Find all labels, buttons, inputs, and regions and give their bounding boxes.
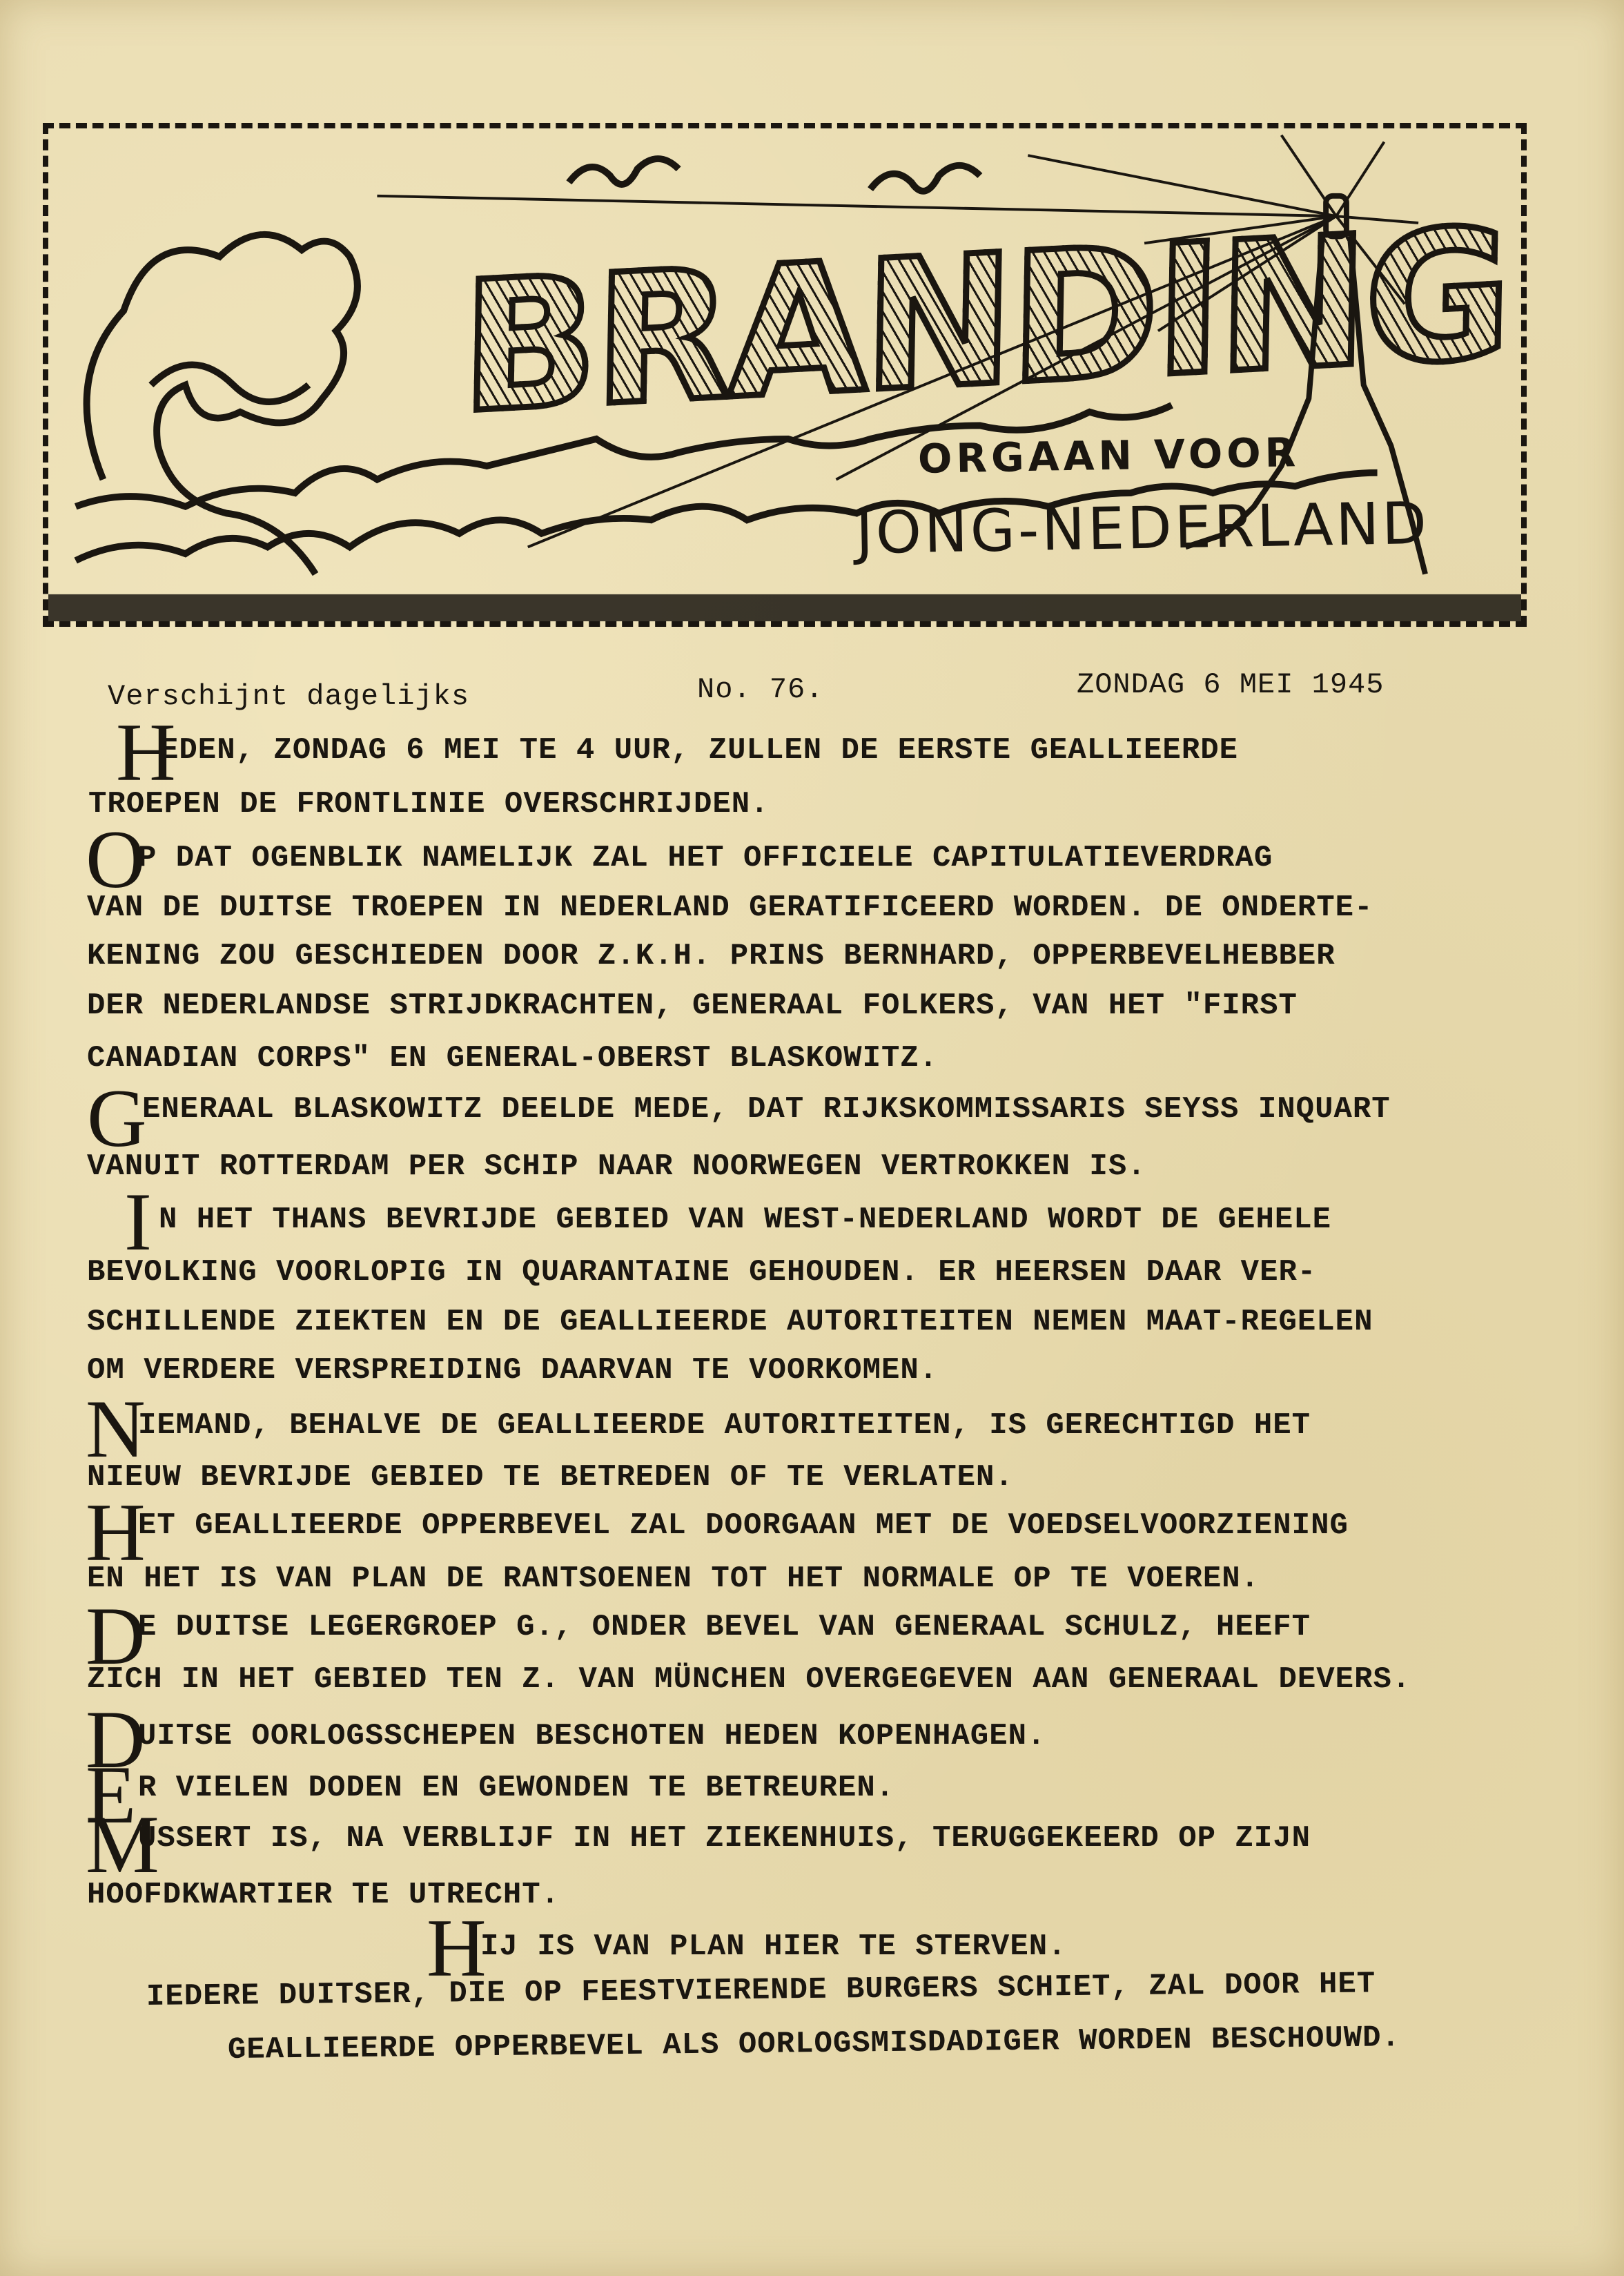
text-line: P DAT OGENBLIK NAMELIJK ZAL HET OFFICIEL… — [138, 841, 1273, 875]
text-line: HOOFDKWARTIER TE UTRECHT. — [87, 1878, 560, 1912]
text-line: UITSE OORLOGSSCHEPEN BESCHOTEN HEDEN KOP… — [138, 1719, 1046, 1753]
text-line: USSERT IS, NA VERBLIJF IN HET ZIEKENHUIS… — [138, 1821, 1311, 1856]
text-line: OM VERDERE VERSPREIDING DAARVAN TE VOORK… — [87, 1353, 938, 1388]
text-line: VAN DE DUITSE TROEPEN IN NEDERLAND GERAT… — [87, 891, 1373, 925]
text-line: CANADIAN CORPS" EN GENERAL-OBERST BLASKO… — [87, 1041, 938, 1076]
seagull-icon — [569, 159, 980, 191]
text-line: NIEUW BEVRIJDE GEBIED TE BETREDEN OF TE … — [87, 1460, 1014, 1495]
closing-line-1: IEDERE DUITSER, DIE OP FEESTVIERENDE BUR… — [146, 1967, 1376, 2014]
text-line: R VIELEN DODEN EN GEWONDEN TE BETREUREN. — [138, 1771, 894, 1805]
text-line: ZICH IN HET GEBIED TEN Z. VAN MÜNCHEN OV… — [87, 1662, 1411, 1697]
text-line: E DUITSE LEGERGROEP G., ONDER BEVEL VAN … — [138, 1610, 1311, 1644]
text-line: KENING ZOU GESCHIEDEN DOOR Z.K.H. PRINS … — [87, 939, 1336, 973]
text-line: VANUIT ROTTERDAM PER SCHIP NAAR NOORWEGE… — [87, 1149, 1146, 1184]
masthead-subtitle-jong-nederland: JONG-NEDERLAND — [855, 489, 1429, 567]
masthead-banner: BRANDING ORGAAN VOOR JONG-NEDERLAND — [43, 123, 1527, 627]
text-line: SCHILLENDE ZIEKTEN EN DE GEALLIEERDE AUT… — [87, 1305, 1373, 1339]
text-line: IJ IS VAN PLAN HIER TE STERVEN. — [480, 1929, 1067, 1964]
masthead-subtitle-organ: ORGAAN VOOR — [917, 429, 1300, 483]
text-line: DER NEDERLANDSE STRIJDKRACHTEN, GENERAAL… — [87, 989, 1298, 1023]
closing-line-2: GEALLIEERDE OPPERBEVEL ALS OORLOGSMISDAD… — [228, 2021, 1401, 2068]
wave-illustration — [87, 235, 358, 574]
drop-initial: G — [87, 1077, 147, 1160]
drop-initial: O — [86, 818, 146, 901]
text-line: BEVOLKING VOORLOPIG IN QUARANTAINE GEHOU… — [87, 1255, 1316, 1290]
issue-number: No. 76. — [697, 673, 823, 706]
text-line: N HET THANS BEVRIJDE GEBIED VAN WEST-NED… — [159, 1203, 1331, 1237]
text-line: EN HET IS VAN PLAN DE RANTSOENEN TOT HET… — [87, 1562, 1260, 1596]
drop-initial: I — [124, 1180, 152, 1263]
text-line: ET GEALLIEERDE OPPERBEVEL ZAL DOORGAAN M… — [138, 1508, 1349, 1543]
text-line: IEMAND, BEHALVE DE GEALLIEERDE AUTORITEI… — [138, 1408, 1311, 1443]
drop-initial: N — [86, 1388, 146, 1470]
text-line: EDEN, ZONDAG 6 MEI TE 4 UUR, ZULLEN DE E… — [160, 733, 1238, 768]
masthead-title: BRANDING — [460, 205, 1509, 439]
issue-date: ZONDAG 6 MEI 1945 — [1077, 668, 1384, 701]
text-line: ENERAAL BLASKOWITZ DEELDE MEDE, DAT RIJK… — [142, 1092, 1391, 1127]
text-line: TROEPEN DE FRONTLINIE OVERSCHRIJDEN. — [88, 787, 770, 821]
